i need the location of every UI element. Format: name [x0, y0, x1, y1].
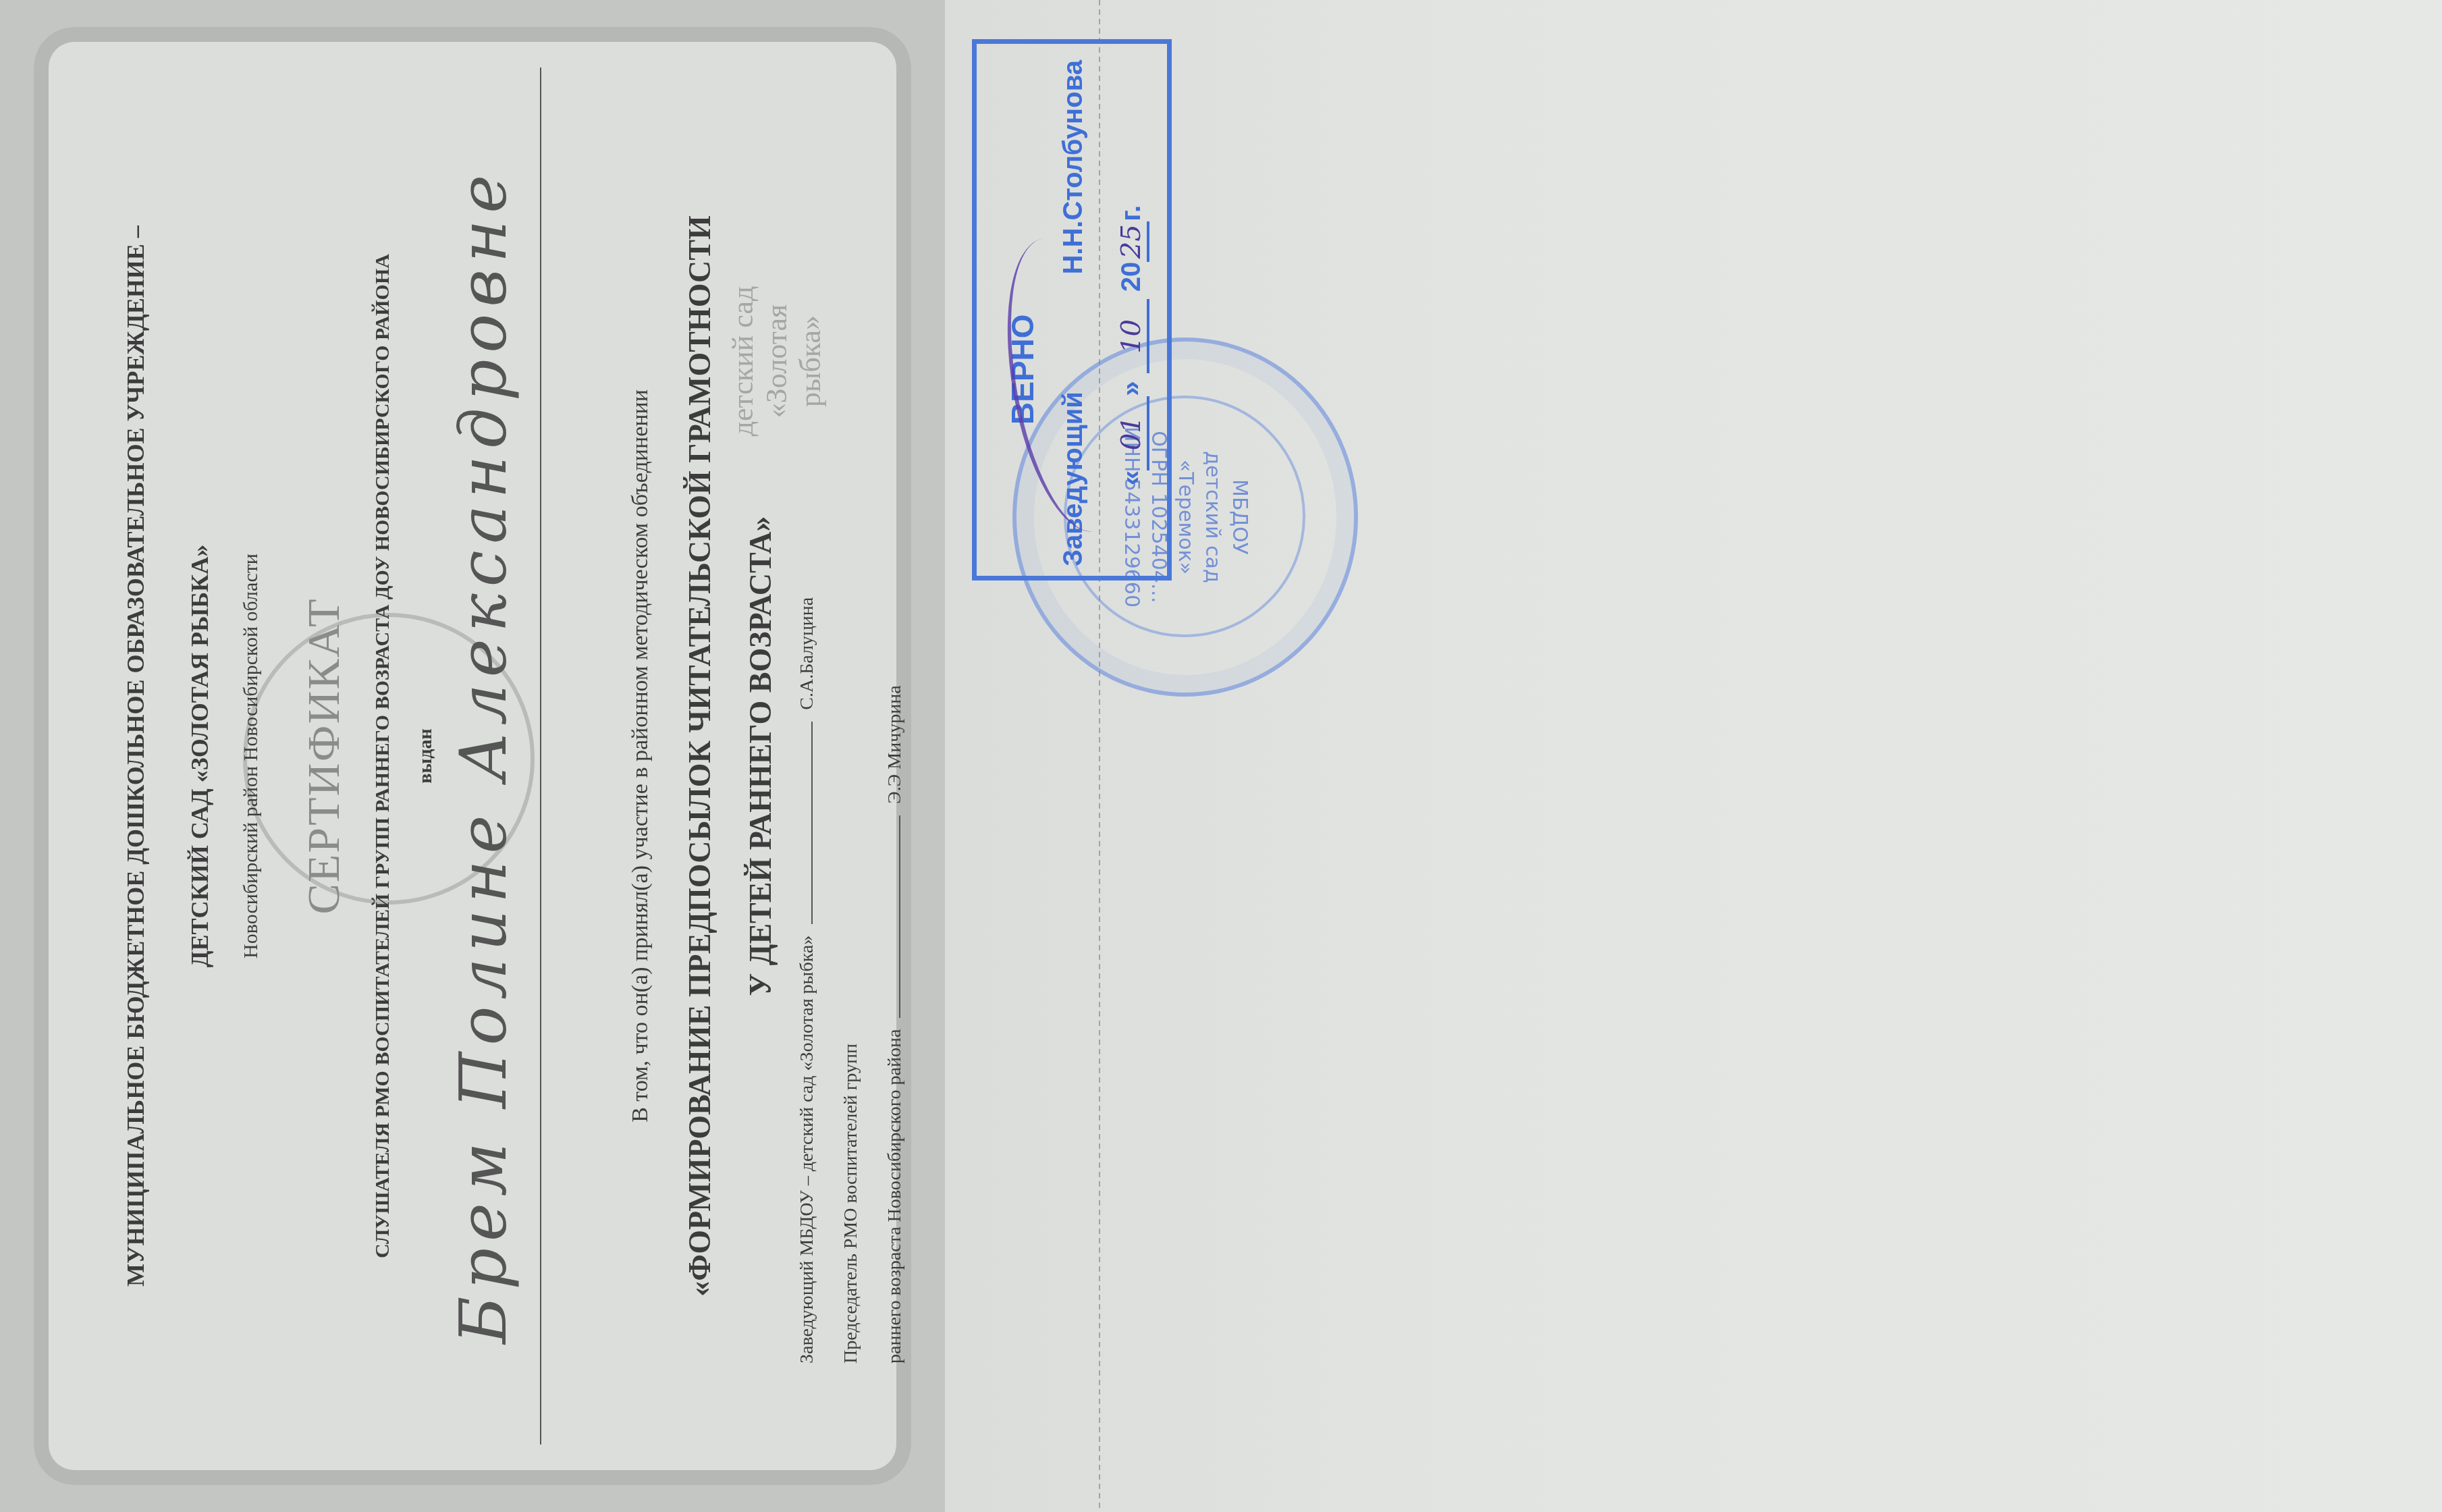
- audience: СЛУШАТЕЛЯ РМО ВОСПИТАТЕЛЕЙ ГРУПП РАННЕГО…: [371, 67, 394, 1444]
- divider: [540, 67, 541, 1444]
- date-year-end: г.: [1116, 205, 1146, 221]
- signatory-role: Заведующий МБДОУ – детский сад «Золотая …: [796, 936, 817, 1363]
- certificate-title: СЕРТИФИКАТ: [297, 67, 350, 1444]
- signature-row: раннего возраста Новосибирского района Э…: [884, 685, 906, 1363]
- signatory-role: раннего возраста Новосибирского района: [884, 1029, 905, 1363]
- topic-line2: У ДЕТЕЙ РАННЕГО ВОЗРАСТА»: [742, 67, 778, 1444]
- signature-line: [899, 815, 900, 1018]
- signatory-name: С.А.Балуцина: [796, 597, 817, 710]
- topic-line1: «ФОРМИРОВАНИЕ ПРЕДПОСЫЛОК ЧИТАТЕЛЬСКОЙ Г…: [682, 67, 717, 1444]
- participation-text: В том, что он(а) принял(а) участие в рай…: [628, 67, 653, 1444]
- org-name-line1: МУНИЦИПАЛЬНОЕ БЮДЖЕТНОЕ ДОШКОЛЬНОЕ ОБРАЗ…: [121, 67, 150, 1444]
- date-year-prefix: 20: [1116, 262, 1146, 292]
- signature-line: [811, 722, 813, 924]
- kindergarten-seal-text: детский сад «Золотая рыбка»: [726, 286, 827, 437]
- certificate-content: МУНИЦИПАЛЬНОЕ БЮДЖЕТНОЕ ДОШКОЛЬНОЕ ОБРАЗ…: [74, 67, 871, 1444]
- certificate-frame: МУНИЦИПАЛЬНОЕ БЮДЖЕТНОЕ ДОШКОЛЬНОЕ ОБРАЗ…: [34, 27, 911, 1485]
- date-year-suffix: 25: [1116, 221, 1149, 262]
- recipient-name: Брем Полине Александровне: [445, 67, 521, 1444]
- signature-row: Председатель РМО воспитателей групп: [840, 1044, 862, 1363]
- region: Новосибирский район Новосибирской област…: [240, 67, 263, 1444]
- signatory-name: Э.Э Мичурина: [884, 685, 905, 803]
- issued-label: выдан: [415, 67, 437, 1444]
- signature-row: Заведующий МБДОУ – детский сад «Золотая …: [796, 597, 818, 1363]
- certificate-sheet: МУНИЦИПАЛЬНОЕ БЮДЖЕТНОЕ ДОШКОЛЬНОЕ ОБРАЗ…: [0, 0, 945, 1512]
- signatory-role: Председатель РМО воспитателей групп: [840, 1044, 861, 1363]
- org-name-line2: ДЕТСКИЙ САД «ЗОЛОТАЯ РЫБКА»: [186, 67, 214, 1444]
